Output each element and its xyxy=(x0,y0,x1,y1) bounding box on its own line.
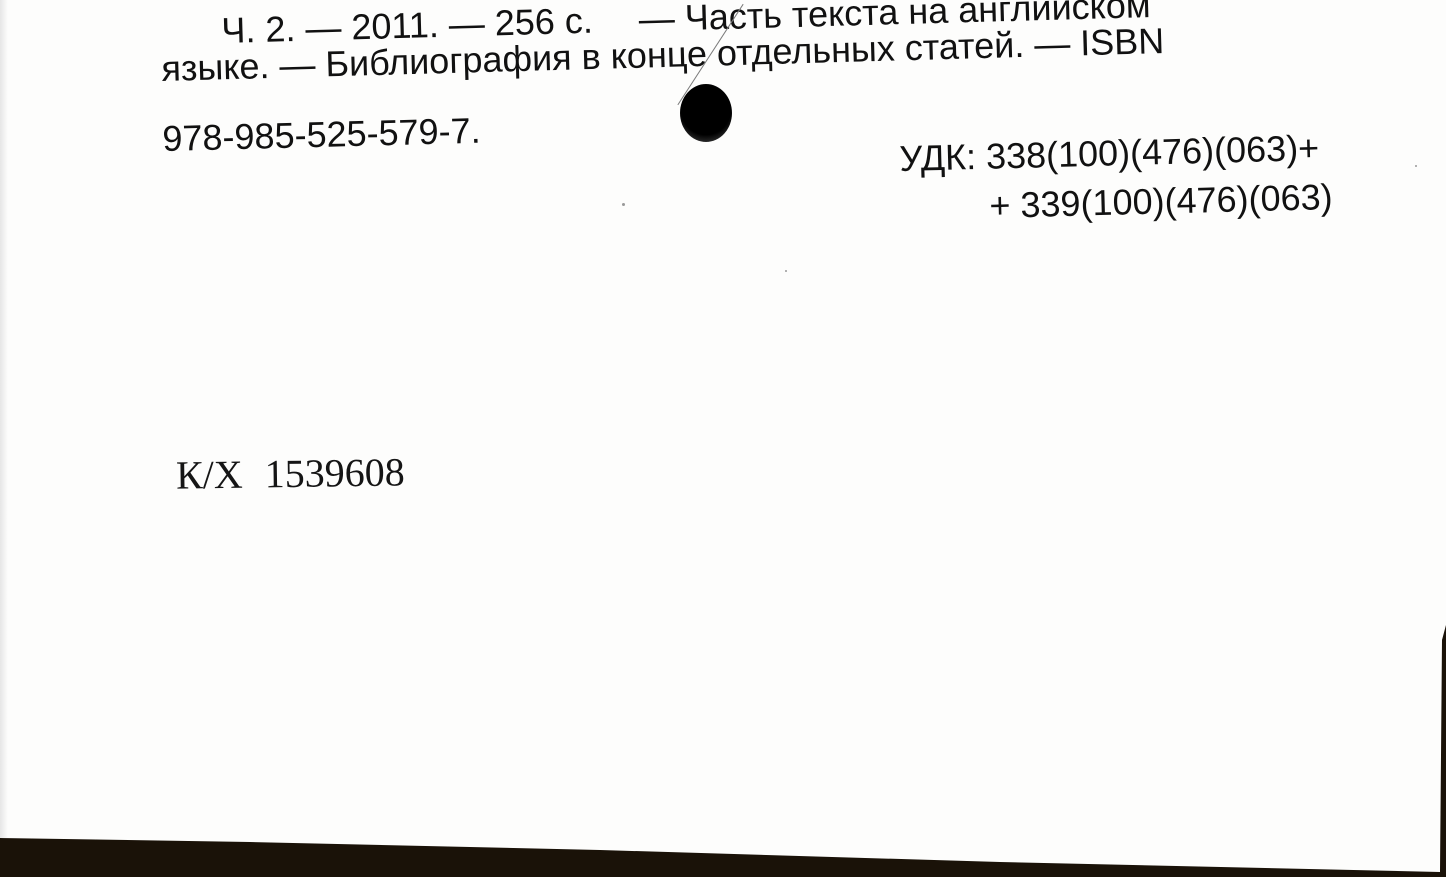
catalog-card: Ч. 2. — 2011. — 256 с.— Часть текста на … xyxy=(0,0,1446,877)
udc-line-2: + 339(100)(476)(063) xyxy=(989,176,1333,227)
speck xyxy=(785,270,787,272)
speck xyxy=(622,203,625,206)
punch-hole xyxy=(680,84,732,142)
speck xyxy=(1415,165,1417,167)
inventory-number: К/Х1539608 xyxy=(176,448,405,498)
inventory-value: 1539608 xyxy=(264,449,405,496)
isbn-number: 978-985-525-579-7. xyxy=(162,110,481,160)
udc-line-1: УДК: 338(100)(476)(063)+ xyxy=(899,127,1320,180)
inventory-code: К/Х xyxy=(176,452,243,498)
